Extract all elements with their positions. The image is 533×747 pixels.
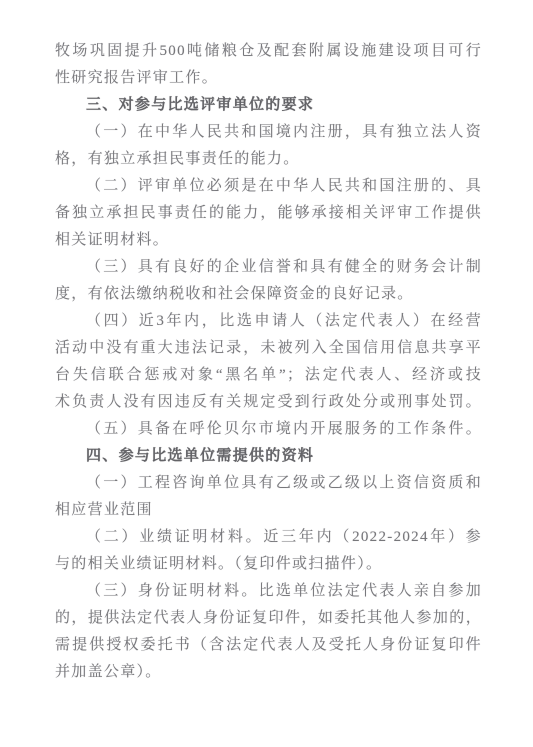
text-line: （一）工程咨询单位具有乙级或乙级以上资信资质和 (55, 470, 482, 497)
document-page: 牧场巩固提升500吨储粮仓及配套附属设施建设项目可行性研究报告评审工作。三、对参… (0, 0, 533, 747)
document-body: 牧场巩固提升500吨储粮仓及配套附属设施建设项目可行性研究报告评审工作。三、对参… (55, 38, 482, 686)
text-line: （二）评审单位必须是在中华人民共和国注册的、具 (55, 173, 482, 200)
text-line: 相应营业范围 (55, 497, 482, 524)
text-line: （一）在中华人民共和国境内注册，具有独立法人资 (55, 119, 482, 146)
text-line: （五）具备在呼伦贝尔市境内开展服务的工作条件。 (55, 416, 482, 443)
section-heading: 四、参与比选单位需提供的资料 (55, 443, 482, 470)
section-heading: 三、对参与比选评审单位的要求 (55, 92, 482, 119)
text-line: 牧场巩固提升500吨储粮仓及配套附属设施建设项目可行 (55, 38, 482, 65)
text-line: 的，提供法定代表人身份证复印件，如委托其他人参加的， (55, 605, 482, 632)
text-line: 度，有依法缴纳税收和社会保障资金的良好记录。 (55, 281, 482, 308)
text-line: （四）近3年内，比选申请人（法定代表人）在经营 (55, 308, 482, 335)
text-line: 备独立承担民事责任的能力，能够承接相关评审工作提供 (55, 200, 482, 227)
text-line: 与的相关业绩证明材料。（复印件或扫描件）。 (55, 551, 482, 578)
text-line: 性研究报告评审工作。 (55, 65, 482, 92)
text-line: （二）业绩证明材料。近三年内（2022-2024年）参 (55, 524, 482, 551)
text-line: 台失信联合惩戒对象“黑名单”；法定代表人、经济或技 (55, 362, 482, 389)
text-line: 并加盖公章）。 (55, 659, 482, 686)
text-line: 活动中没有重大违法记录，未被列入全国信用信息共享平 (55, 335, 482, 362)
text-line: 需提供授权委托书（含法定代表人及受托人身份证复印件 (55, 632, 482, 659)
text-line: （三）具有良好的企业信誉和具有健全的财务会计制 (55, 254, 482, 281)
text-line: 术负责人没有因违反有关规定受到行政处分或刑事处罚。 (55, 389, 482, 416)
text-line: 相关证明材料。 (55, 227, 482, 254)
text-line: （三）身份证明材料。比选单位法定代表人亲自参加 (55, 578, 482, 605)
text-line: 格，有独立承担民事责任的能力。 (55, 146, 482, 173)
